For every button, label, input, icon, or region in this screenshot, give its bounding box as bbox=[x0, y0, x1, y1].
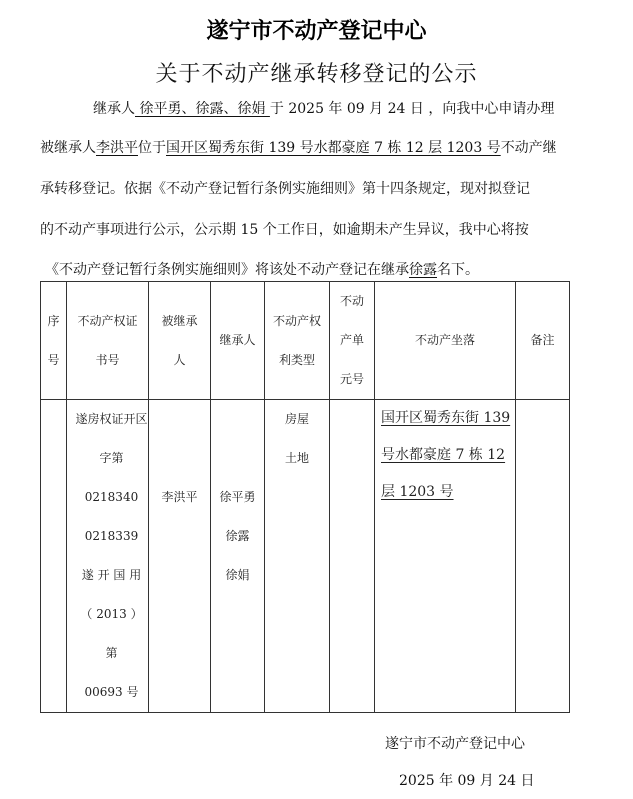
line5-suffix: 名下。 bbox=[437, 262, 479, 278]
signature-org: 遂宁市不动产登记中心 bbox=[385, 733, 525, 753]
paragraph-line-4: 的不动产事项进行公示，公示期 15 个工作日，如逾期未产生异议，我中心将按 bbox=[40, 219, 529, 239]
heir-label: 继承人 bbox=[93, 101, 135, 117]
header-remark: 备注 bbox=[516, 282, 570, 400]
located-at-text: 位于 bbox=[138, 140, 166, 156]
property-table: 序号 不动产权证书号 被继承人 继承人 不动产权利类型 不动产单元号 不动产坐落… bbox=[40, 281, 570, 713]
paragraph-line-1: 继承人 徐平勇、徐露、徐娟 于 2025 年 09 月 24 日 ，向我中心申请… bbox=[93, 98, 554, 118]
cell-unit-no bbox=[330, 400, 375, 713]
cell-location: 国开区蜀秀东街 139 号水都豪庭 7 栋 12 层 1203 号 bbox=[375, 400, 516, 713]
header-seq: 序号 bbox=[41, 282, 67, 400]
cell-cert-no: 遂房权证开区 字第 0218340 0218339 遂 开 国 用 （ 2013… bbox=[67, 400, 149, 713]
line2-suffix: 不动产继 bbox=[501, 140, 557, 156]
org-title: 遂宁市不动产登记中心 bbox=[0, 14, 633, 45]
decedent-label: 被继承人 bbox=[40, 140, 96, 156]
header-decedent: 被继承人 bbox=[149, 282, 211, 400]
cell-decedent: 李洪平 bbox=[149, 400, 211, 713]
table-row: 遂房权证开区 字第 0218340 0218339 遂 开 国 用 （ 2013… bbox=[41, 400, 570, 713]
table-header-row: 序号 不动产权证书号 被继承人 继承人 不动产权利类型 不动产单元号 不动产坐落… bbox=[41, 282, 570, 400]
application-date-text: 于 2025 年 09 月 24 日 ，向我中心申请办理 bbox=[270, 101, 554, 117]
cell-heirs: 徐平勇 徐露 徐娟 bbox=[211, 400, 265, 713]
paragraph-line-2: 被继承人李洪平位于国开区蜀秀东街 139 号水都豪庭 7 栋 12 层 1203… bbox=[40, 137, 557, 157]
cell-right-type: 房屋 土地 bbox=[265, 400, 330, 713]
registered-heir-name: 徐露 bbox=[409, 262, 437, 278]
header-cert-no: 不动产权证书号 bbox=[67, 282, 149, 400]
signature-date: 2025 年 09 月 24 日 bbox=[399, 770, 535, 790]
header-heir: 继承人 bbox=[211, 282, 265, 400]
line5-prefix: 《不动产登记暂行条例实施细则》将该处不动产登记在继承 bbox=[45, 262, 409, 278]
cell-seq bbox=[41, 400, 67, 713]
header-right-type: 不动产权利类型 bbox=[265, 282, 330, 400]
decedent-name: 李洪平 bbox=[96, 140, 138, 156]
property-address: 国开区蜀秀东街 139 号水都豪庭 7 栋 12 层 1203 号 bbox=[166, 140, 501, 156]
header-unit-no: 不动产单元号 bbox=[330, 282, 375, 400]
paragraph-line-3: 承转移登记。依据《不动产登记暂行条例实施细则》第十四条规定，现对拟登记 bbox=[40, 178, 530, 198]
header-location: 不动产坐落 bbox=[375, 282, 516, 400]
document-title: 关于不动产继承转移登记的公示 bbox=[0, 57, 633, 88]
paragraph-line-5: 《不动产登记暂行条例实施细则》将该处不动产登记在继承徐露名下。 bbox=[45, 259, 479, 279]
heir-names: 徐平勇、徐露、徐娟 bbox=[135, 101, 270, 117]
cell-remark bbox=[516, 400, 570, 713]
